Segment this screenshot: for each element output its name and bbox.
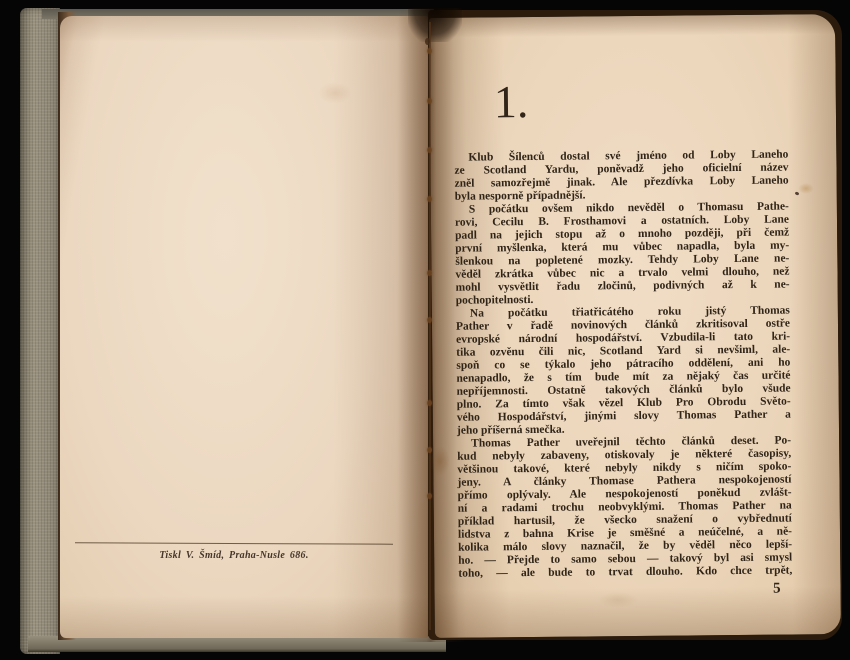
right-page: 1. Klub Šílenců dostal své jméno od Loby…: [429, 14, 841, 638]
chapter-number: 1.: [494, 79, 529, 125]
book-photo: Tiskl V. Šmíd, Praha-Nusle 686. 1. Klub …: [0, 0, 850, 660]
imprint-rule: [75, 542, 393, 544]
book-cover-left-edge: [20, 8, 60, 654]
printer-imprint: Tiskl V. Šmíd, Praha-Nusle 686.: [75, 543, 393, 561]
book-cover-bottom-edge: [28, 636, 446, 652]
gutter-fold-line: [429, 22, 431, 630]
imprint-text: Tiskl V. Šmíd, Praha-Nusle 686.: [75, 550, 393, 561]
page-number: 5: [458, 581, 792, 601]
left-page: Tiskl V. Šmíd, Praha-Nusle 686.: [60, 16, 428, 638]
text-line: toho, — ale bude to trvat dlouho. Kdo ch…: [458, 565, 792, 581]
text-column: Klub Šílenců dostal své jméno od Loby La…: [454, 149, 792, 581]
